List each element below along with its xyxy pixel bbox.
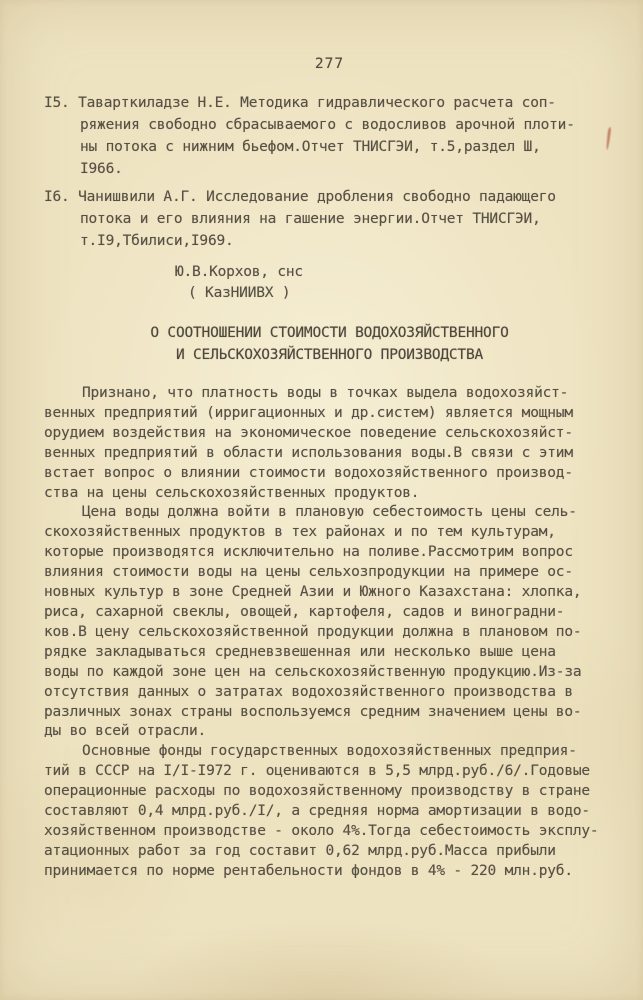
reference-item-16: I6. Чанишвили А.Г. Исследование дроблени… xyxy=(44,186,615,252)
reference-list: I5. Таварткиладзе Н.Е. Методика гидравли… xyxy=(44,92,615,252)
scanned-document-page: 277 I5. Таварткиладзе Н.Е. Методика гидр… xyxy=(0,0,643,1000)
reference-item-15: I5. Таварткиладзе Н.Е. Методика гидравли… xyxy=(44,92,615,180)
author-affiliation: ( КазНИИВХ ) xyxy=(188,283,615,304)
paragraph-2: Цена воды должна войти в плановую себест… xyxy=(44,503,615,742)
page-number: 277 xyxy=(44,54,615,74)
paragraph-3: Основные фонды государственных водохозяй… xyxy=(44,742,615,881)
author-name: Ю.В.Корхов, снс xyxy=(175,262,615,283)
article-title: О СООТНОШЕНИИ СТОИМОСТИ ВОДОХОЗЯЙСТВЕННО… xyxy=(44,322,615,366)
page-content: 277 I5. Таварткиладзе Н.Е. Методика гидр… xyxy=(44,54,615,882)
article-body: Признано, что платность воды в точках вы… xyxy=(44,384,615,882)
paragraph-1: Признано, что платность воды в точках вы… xyxy=(44,384,615,503)
author-block: Ю.В.Корхов, снс ( КазНИИВХ ) xyxy=(44,262,615,304)
